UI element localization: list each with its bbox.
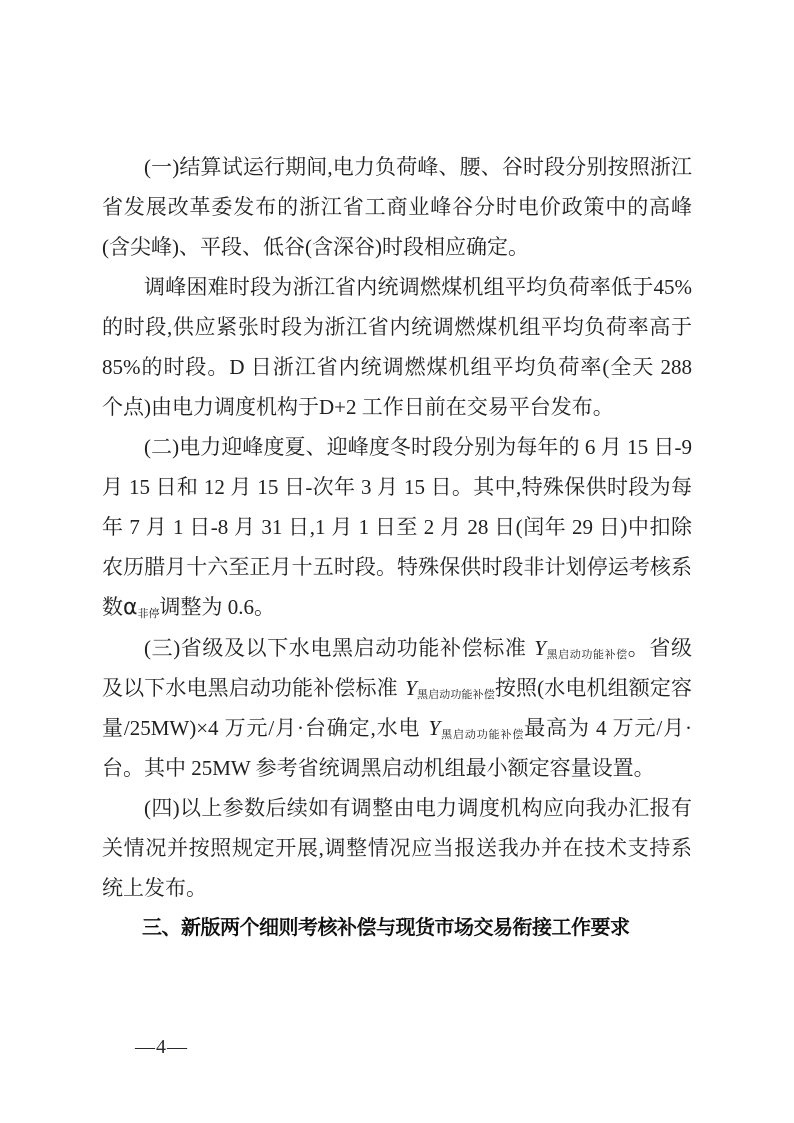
page-number: —4— [135,1036,188,1058]
variable-symbol: Y [532,636,546,660]
subscript-text: 黑启动功能补偿 [546,649,628,661]
variable-symbol: Y [403,676,417,700]
document-page: (一)结算试运行期间,电力负荷峰、腰、谷时段分别按照浙江省发展改革委发布的浙江省… [0,0,794,1123]
greek-symbol: α [123,595,138,620]
text-run: (一)结算试运行期间,电力负荷峰、腰、谷时段分别按照浙江省发展改革委发布的浙江省… [102,155,692,259]
subscript-text: 非停 [138,608,160,620]
para-5-parameter-adjustment-reporting: (四)以上参数后续如有调整由电力调度机构应向我办汇报有关情况并按照规定开展,调整… [102,788,692,908]
page-footer: —4— [135,1036,188,1059]
text-run: 调峰困难时段为浙江省内统调燃煤机组平均负荷率低于45%的时段,供应紧张时段为浙江… [102,275,692,419]
text-run: (二)电力迎峰度夏、迎峰度冬时段分别为每年的 6 月 15 日-9 月 15 日… [102,435,692,619]
para-1-peak-valley-periods: (一)结算试运行期间,电力负荷峰、腰、谷时段分别按照浙江省发展改革委发布的浙江省… [102,147,692,267]
text-run: (四)以上参数后续如有调整由电力调度机构应向我办汇报有关情况并按照规定开展,调整… [102,796,692,900]
variable-symbol: Y [427,716,441,740]
text-run: (三)省级及以下水电黑启动功能补偿标准 [144,636,532,660]
subscript-text: 黑启动功能补偿 [417,689,495,701]
text-run: 调整为 0.6。 [160,595,276,619]
para-2-difficult-tight-periods: 调峰困难时段为浙江省内统调燃煤机组平均负荷率低于45%的时段,供应紧张时段为浙江… [102,267,692,427]
para-4-black-start-compensation: (三)省级及以下水电黑启动功能补偿标准 Y黑启动功能补偿。省级及以下水电黑启动功… [102,628,692,788]
heading-section-3-two-rules-spot-market: 三、新版两个细则考核补偿与现货市场交易衔接工作要求 [102,908,692,948]
text-run: 三、新版两个细则考核补偿与现货市场交易衔接工作要求 [142,917,630,939]
para-3-summer-winter-peak-periods: (二)电力迎峰度夏、迎峰度冬时段分别为每年的 6 月 15 日-9 月 15 日… [102,427,692,628]
document-body: (一)结算试运行期间,电力负荷峰、腰、谷时段分别按照浙江省发展改革委发布的浙江省… [102,147,692,948]
subscript-text: 黑启动功能补偿 [440,729,524,741]
